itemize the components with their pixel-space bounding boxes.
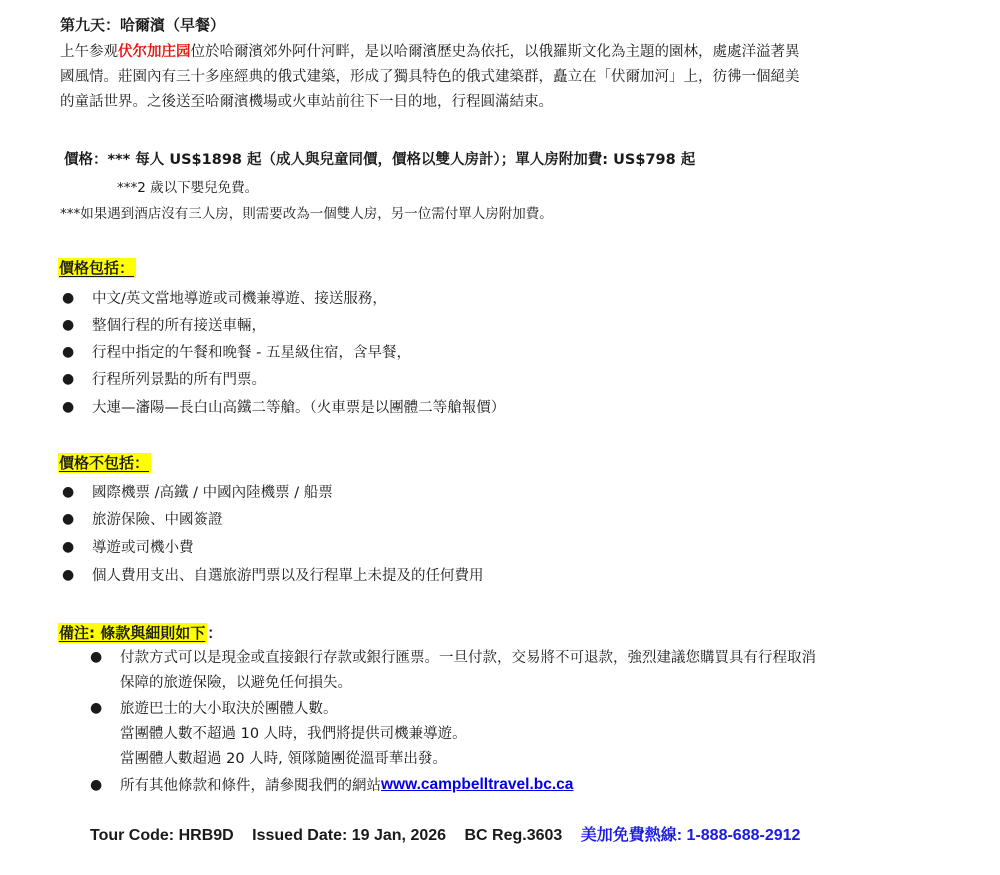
intro-line-3: 的童話世界。之後送至哈爾濱機場或火車站前往下一目的地，行程圓滿結束。	[60, 90, 553, 115]
excluded-item: ●導遊或司機小費	[62, 536, 194, 557]
bullet-icon: ●	[62, 290, 92, 306]
included-item-text: 整個行程的所有接送車輛，	[92, 314, 266, 335]
price-infant-note: ***2 歲以下嬰兒免費。	[117, 176, 258, 196]
footer: Tour Code: HRB9D Issued Date: 19 Jan, 20…	[90, 822, 814, 845]
included-item: ●大連—瀋陽—長白山高鐵二等艙。（火車票是以團體二等艙報價）	[62, 396, 505, 417]
notes-item: ●付款方式可以是現金或直接銀行存款或銀行匯票。一旦付款，交易將不可退款，強烈建議…	[90, 646, 816, 667]
bullet-icon: ●	[62, 317, 92, 333]
bullet-icon: ●	[90, 649, 120, 665]
attraction-name: 伏尔加庄园	[118, 44, 191, 60]
excluded-item-text: 旅游保險、中國簽證	[92, 508, 223, 529]
notes-heading: 備注: 條款與細則如下：	[58, 622, 222, 643]
notes-item-continuation: 當團體人數超過 20 人時, 領隊隨團從溫哥華出發。	[120, 747, 447, 768]
included-item-text: 中文/英文當地導遊或司機兼導遊、接送服務，	[92, 287, 387, 308]
bullet-icon: ●	[62, 567, 92, 583]
notes-item-text: 付款方式可以是現金或直接銀行存款或銀行匯票。一旦付款，交易將不可退款，強烈建議您…	[120, 646, 816, 667]
included-item-text: 行程中指定的午餐和晚餐 - 五星級住宿，含早餐，	[92, 341, 411, 362]
bullet-icon: ●	[62, 539, 92, 555]
bullet-icon: ●	[62, 484, 92, 500]
tour-code: Tour Code: HRB9D	[90, 827, 234, 844]
bullet-icon: ●	[90, 700, 120, 716]
excluded-item: ●旅游保險、中國簽證	[62, 508, 223, 529]
notes-item-text: 旅遊巴士的大小取決於團體人數。	[120, 697, 338, 718]
excluded-item-text: 導遊或司機小費	[92, 536, 194, 557]
issued-date: Issued Date: 19 Jan, 2026	[252, 827, 446, 844]
notes-item: ●所有其他條款和條件，請參閱我們的網站 www.campbelltravel.b…	[90, 774, 573, 795]
excluded-item-text: 個人費用支出、自選旅游門票以及行程單上未提及的任何費用	[92, 564, 484, 585]
price-triple-note: ***如果遇到酒店沒有三人房，則需要改為一個雙人房，另一位需付單人房附加費。	[60, 202, 553, 222]
excluded-item-text: 國際機票 /高鐵 / 中國內陸機票 / 船票	[92, 481, 333, 502]
excluded-item: ●個人費用支出、自選旅游門票以及行程單上未提及的任何費用	[62, 564, 484, 585]
included-item: ●行程所列景點的所有門票。	[62, 368, 266, 389]
day-title: 第九天：哈爾濱（早餐）	[60, 14, 225, 35]
included-item: ●中文/英文當地導遊或司機兼導遊、接送服務，	[62, 287, 387, 308]
bullet-icon: ●	[62, 399, 92, 415]
bullet-icon: ●	[90, 777, 120, 793]
website-link[interactable]: www.campbelltravel.bc.ca	[381, 776, 573, 794]
bc-reg: BC Reg.3603	[465, 827, 563, 844]
notes-item-continuation: 保障的旅遊保險，以避免任何損失。	[120, 671, 352, 692]
bullet-icon: ●	[62, 344, 92, 360]
excluded-heading: 價格不包括：	[58, 452, 151, 473]
included-item-text: 行程所列景點的所有門票。	[92, 368, 266, 389]
intro-prefix: 上午参观	[60, 44, 118, 60]
notes-item: ●旅遊巴士的大小取決於團體人數。	[90, 697, 338, 718]
notes-item-continuation: 當團體人數不超過 10 人時，我們將提供司機兼導遊。	[120, 722, 467, 743]
bullet-icon: ●	[62, 511, 92, 527]
included-item: ●整個行程的所有接送車輛，	[62, 314, 266, 335]
hotline: 美加免費熱線: 1-888-688-2912	[581, 827, 801, 844]
included-heading-label: 價格包括：	[58, 258, 136, 278]
price-main: 價格：*** 每人 US$1898 起（成人與兒童同價，價格以雙人房計）；單人房…	[64, 148, 695, 169]
included-item-text: 大連—瀋陽—長白山高鐵二等艙。（火車票是以團體二等艙報價）	[92, 396, 505, 417]
notes-item-text: 所有其他條款和條件，請參閱我們的網站	[120, 774, 381, 795]
included-heading: 價格包括：	[58, 257, 136, 278]
excluded-item: ●國際機票 /高鐵 / 中國內陸機票 / 船票	[62, 481, 333, 502]
excluded-heading-label: 價格不包括：	[58, 453, 151, 473]
intro-line1-rest: 位於哈爾濱郊外阿什河畔，是以哈爾濱歷史為依托，以俄羅斯文化為主題的園林，處處洋溢…	[191, 44, 800, 60]
included-item: ●行程中指定的午餐和晚餐 - 五星級住宿，含早餐，	[62, 341, 411, 362]
notes-heading-label: 備注: 條款與細則如下	[58, 623, 207, 643]
intro-line-1: 上午参观伏尔加庄园位於哈爾濱郊外阿什河畔，是以哈爾濱歷史為依托，以俄羅斯文化為主…	[60, 40, 800, 65]
bullet-icon: ●	[62, 371, 92, 387]
notes-heading-suffix: ：	[207, 624, 222, 642]
intro-line-2: 國風情。莊園內有三十多座經典的俄式建築，形成了獨具特色的俄式建築群，矗立在「伏爾…	[60, 65, 800, 90]
